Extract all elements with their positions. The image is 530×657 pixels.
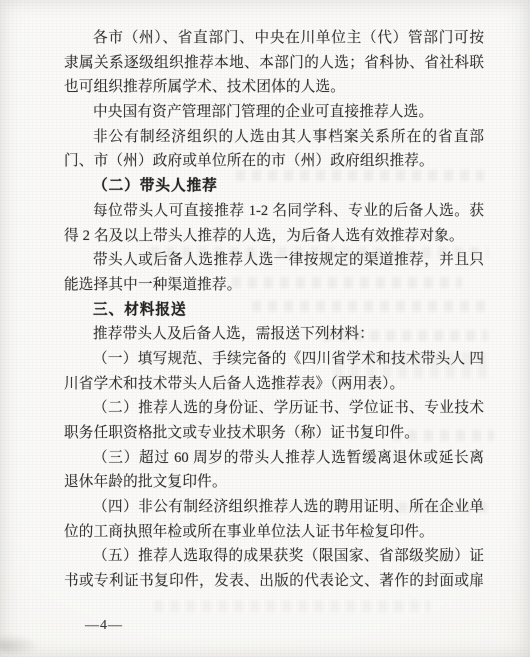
text-line: 隶属关系逐级组织推荐本地、本部门的人选；省科协、省社科联: [64, 51, 484, 76]
text-line: 书或专利证书复印件，发表、出版的代表论文、著作的封面或扉: [64, 569, 484, 594]
text-line: 职务任职资格批文或专业技术职务（称）证书复印件。: [64, 421, 484, 446]
text-line: 每位带头人可直接推荐 1-2 名同学科、专业的后备人选。获: [64, 199, 484, 224]
text-line: 退休年龄的批文复印件。: [64, 470, 484, 495]
text-line: 得 2 名及以上带头人推荐的人选，为后备人选有效推荐对象。: [64, 224, 484, 249]
text-line: 中央国有资产管理部门管理的企业可直接推荐人选。: [64, 100, 484, 125]
text-block: 各市（州）、省直部门、中央在川单位主（代）管部门可按隶属关系逐级组织推荐本地、本…: [64, 26, 484, 594]
section-heading: （二）带头人推荐: [64, 174, 484, 199]
text-line: 能选择其中一种渠道推荐。: [64, 273, 484, 298]
text-line: （四）非公有制经济组织推荐人选的聘用证明、所在企业单: [64, 495, 484, 520]
text-line: （三）超过 60 周岁的带头人推荐人选暂缓离退休或延长离: [64, 446, 484, 471]
text-line: 推荐带头人及后备人选，需报送下列材料：: [64, 322, 484, 347]
text-line: 也可组织推荐所属学术、技术团体的人选。: [64, 75, 484, 100]
section-heading: 三、材料报送: [64, 298, 484, 323]
text-line: 位的工商执照年检或所在事业单位法人证书年检复印件。: [64, 520, 484, 545]
scan-artifact: [0, 634, 40, 654]
text-line: （二）推荐人选的身份证、学历证书、学位证书、专业技术: [64, 396, 484, 421]
text-line: 川省学术和技术带头人后备人选推荐表》（两用表）。: [64, 372, 484, 397]
text-line: 各市（州）、省直部门、中央在川单位主（代）管部门可按: [64, 26, 484, 51]
scan-artifact: [154, 600, 430, 612]
text-line: 带头人或后备人选推荐人选一律按规定的渠道推荐，并且只: [64, 248, 484, 273]
text-line: 门、市（州）政府或单位所在的市（州）政府组织推荐。: [64, 149, 484, 174]
page-number: —4—: [85, 616, 123, 636]
text-line: 非公有制经济组织的人选由其人事档案关系所在的省直部: [64, 125, 484, 150]
text-line: （一）填写规范、手续完备的《四川省学术和技术带头人 四: [64, 347, 484, 372]
scanned-document-page: 各市（州）、省直部门、中央在川单位主（代）管部门可按隶属关系逐级组织推荐本地、本…: [0, 0, 530, 657]
text-line: （五）推荐人选取得的成果获奖（限国家、省部级奖励）证: [64, 544, 484, 569]
